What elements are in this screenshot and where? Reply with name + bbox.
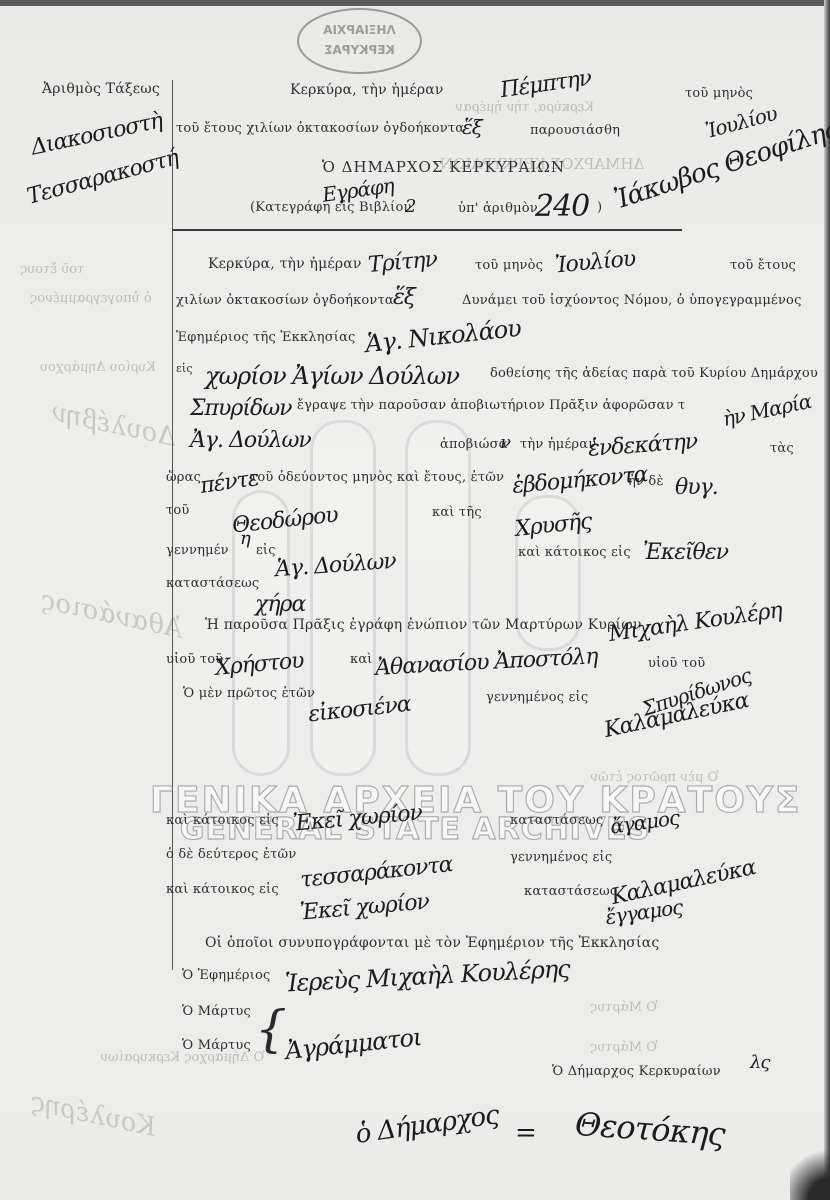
stamp-line2: ΚΕΡΚΥΡΑΣ bbox=[299, 40, 420, 60]
stamp-line1: ΛΗΞΙΑΡΧΙΑ bbox=[299, 20, 420, 40]
witnesses-signature-handwritten: Ἀγράμματοι bbox=[284, 1023, 423, 1065]
body-month-year-text: τοῦ ὁδεύοντος μηνὸς καὶ ἔτους, ἐτῶν bbox=[250, 470, 504, 485]
bleed-text: Κυρίου Δημάρχου bbox=[40, 360, 156, 375]
body-permission-text: δοθείσης τῆς ἀδείας παρὰ τοῦ Κυρίου Δημά… bbox=[490, 366, 818, 381]
bleed-text: Ὁ Μάρτυς bbox=[590, 1000, 657, 1015]
body-first-born-label: γεννημένος εἰς bbox=[486, 690, 588, 705]
body-hours-label-2: ὥρας bbox=[166, 470, 201, 485]
registry-prefix: (Κατεγράφη εἰς Βιβλίον bbox=[250, 200, 412, 215]
body-day-label: τὴν ἡμέραν bbox=[520, 437, 596, 452]
body-and-label: καὶ bbox=[350, 652, 373, 667]
body-son-of-label-2: υἱοῦ τοῦ bbox=[648, 656, 705, 671]
body-born-suffix-handwritten: η bbox=[240, 528, 250, 549]
body-village-handwritten: χωρίον Ἀγίων Δούλων bbox=[205, 362, 459, 390]
registry-number-handwritten: 240 bbox=[535, 189, 589, 224]
witness1-signature-label: Ὁ Μάρτυς bbox=[182, 1004, 251, 1019]
body-second-status-label: καταστάσεως bbox=[524, 884, 617, 899]
body-priest-label: Ἐφημέριος τῆς Ἐκκλησίας bbox=[176, 330, 356, 345]
priest-signature-label: Ὁ Ἐφημέριος bbox=[182, 968, 271, 983]
mayor-signature-handwritten: Θεοτόκης bbox=[574, 1105, 726, 1153]
body-second-resident-label: καὶ κάτοικος εἰς bbox=[166, 882, 279, 897]
scan-top-edge bbox=[0, 0, 830, 6]
body-date-prefix: Κερκύρα, τὴν ἡμέραν bbox=[208, 256, 362, 272]
body-church-handwritten: Ἁγ. Νικολάου bbox=[364, 314, 522, 358]
body-status-label: καταστάσεως bbox=[166, 576, 259, 591]
body-witness1-father-handwritten: Χρήστου bbox=[214, 648, 304, 681]
body-second-age-handwritten: τεσσαράκοντα bbox=[299, 852, 454, 893]
header-year-prefix: τοῦ ἔτους χιλίων ὀκτακοσίων ὀγδοήκοντα bbox=[176, 121, 464, 136]
header-date-prefix: Κερκύρα, τὴν ἡμέραν bbox=[290, 82, 444, 98]
body-village2-handwritten: Ἀγ. Δούλων bbox=[190, 428, 311, 453]
body-residence-handwritten: Ἐκεῖθεν bbox=[643, 540, 728, 565]
body-year-prefix: χιλίων ὀκτακοσίων ὀγδοήκοντα bbox=[176, 293, 394, 308]
body-daughter-handwritten: θυγ. bbox=[675, 475, 718, 500]
body-died-label: ἀποβιώσα bbox=[440, 437, 508, 452]
bleed-handwriting: Ἀθανάσιος bbox=[38, 585, 185, 644]
bleed-handwriting: Δουλέβην bbox=[48, 397, 179, 453]
body-first-resident-label: καὶ κάτοικος εἰς bbox=[166, 813, 279, 828]
body-was-label: ἦν δὲ bbox=[628, 474, 664, 489]
witness2-signature-label: Ὁ Μάρτυς bbox=[182, 1038, 251, 1053]
body-cosign-text: Οἱ ὁποῖοι συνυπογράφονται μὲ τὸν Ἐφημέρι… bbox=[205, 935, 659, 951]
mayor-mark-handwritten: λς bbox=[750, 1052, 770, 1073]
body-status-handwritten: χήρα bbox=[255, 592, 305, 617]
scanned-document-page: τοῦ ἔτους ὁ ὑπογεγραμμένος Κυρίου Δημάρχ… bbox=[0, 0, 830, 1200]
body-month-handwritten: Ἰουλίου bbox=[554, 247, 636, 279]
mayor-equals-mark: = bbox=[515, 1118, 536, 1148]
body-second-residence-handwritten: Ἐκεῖ χωρίον bbox=[299, 889, 430, 925]
registry-stamp: ΛΗΞΙΑΡΧΙΑ ΚΕΡΚΥΡΑΣ bbox=[297, 8, 422, 74]
bleed-text: Ὁ Μάρτυς bbox=[590, 1040, 657, 1055]
header-year-handwritten: ἕξ bbox=[462, 115, 482, 139]
body-born-label: γεννημέν bbox=[166, 543, 229, 558]
body-resident-label: καὶ κάτοικος εἰς bbox=[518, 545, 631, 560]
body-writer-handwritten: Σπυρίδων bbox=[190, 396, 292, 421]
body-witnesses-text: Ἡ παροῦσα Πρᾶξις ἐγράφη ἐνώπιον τῶν Μαρτ… bbox=[205, 617, 642, 633]
witness-brace: { bbox=[255, 1000, 286, 1058]
body-second-born-label: γεννημένος εἰς bbox=[510, 850, 612, 865]
body-of-label: τοῦ bbox=[166, 503, 190, 518]
bleed-text: τοῦ ἔτους bbox=[20, 262, 84, 277]
body-law-text: Δυνάμει τοῦ ἰσχύοντος Νόμου, ὁ ὑπογεγραμ… bbox=[462, 293, 802, 308]
body-year-label: τοῦ ἔτους bbox=[730, 258, 796, 273]
body-witness1-handwritten: Μιχαὴλ Κουλέρη bbox=[607, 598, 783, 647]
mayor-signature-label: Ὁ Δήμαρχος Κερκυραίων bbox=[552, 1064, 721, 1079]
body-death-day-handwritten: ἑνδεκάτην bbox=[587, 429, 698, 462]
body-and-the-label: καὶ τῆς bbox=[432, 505, 482, 520]
scan-corner-shadow bbox=[790, 1140, 830, 1200]
body-birthplace-handwritten: Ἁγ. Δούλων bbox=[274, 549, 396, 582]
body-in-label-2: εἰς bbox=[256, 543, 276, 558]
registry-suffix: ) bbox=[597, 200, 602, 215]
bleed-handwriting: Κουλέρης bbox=[28, 1087, 158, 1143]
body-year-handwritten: ἕξ bbox=[393, 285, 415, 310]
section-divider bbox=[172, 229, 682, 231]
body-hours-label: τὰς bbox=[770, 441, 794, 456]
serial-number-label: Ἀριθμὸς Τάξεως bbox=[42, 81, 160, 97]
body-deceased-handwritten: ὴν Μαρία bbox=[720, 389, 813, 431]
body-in-label: εἰς bbox=[176, 362, 193, 375]
book-binding-edge bbox=[824, 0, 830, 1200]
body-second-age-label: ὁ δὲ δεύτερος ἐτῶν bbox=[166, 847, 296, 862]
header-presented-label: παρουσιάσθη bbox=[530, 123, 620, 138]
registry-number-label: ὑπ' ἀριθμὸν bbox=[458, 201, 538, 216]
registry-book-handwritten: 2 bbox=[405, 196, 415, 217]
body-first-age-label: Ὁ μὲν πρῶτος ἐτῶν bbox=[183, 686, 315, 701]
header-day-handwritten: Πέμπτην bbox=[499, 66, 593, 103]
header-month-label: τοῦ μηνὸς bbox=[685, 86, 753, 101]
header-mayor-title: Ὁ ΔΗΜΑΡΧΟΣ ΚΕΡΚΥΡΑΙΩΝ bbox=[322, 158, 565, 176]
mayor-prefix-handwritten: ὁ Δήμαρχος bbox=[354, 1100, 501, 1150]
bleed-text: ὁ ὑπογεγραμμένος bbox=[30, 291, 152, 306]
body-day-handwritten: Τρίτην bbox=[367, 247, 438, 278]
body-first-status-label: καταστάσεως bbox=[510, 813, 603, 828]
body-record-text: ἔγραψε τὴν παροῦσαν ἀποβιωτήριον Πρᾶξιν … bbox=[297, 398, 685, 413]
bleed-text: Κερκύρα, τὴν ἡμέραν bbox=[455, 100, 594, 115]
priest-signature-handwritten: Ἱερεὺς Μιχαὴλ Κουλέρης bbox=[284, 955, 570, 998]
body-month-label: τοῦ μηνὸς bbox=[475, 258, 543, 273]
body-died-suffix-handwritten: ν bbox=[500, 432, 510, 453]
